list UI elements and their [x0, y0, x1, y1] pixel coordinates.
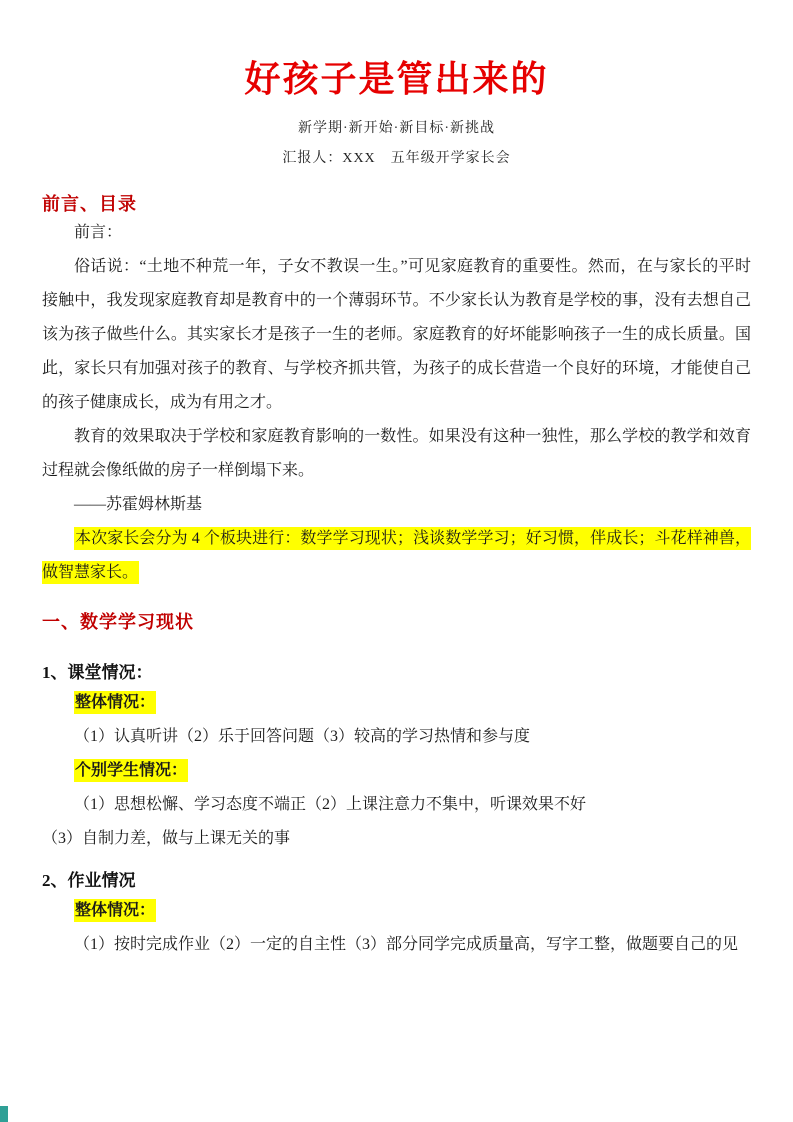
section-heading-preface: 前言、目录 [42, 192, 751, 216]
overall-label-highlight: 整体情况： [74, 691, 156, 714]
preface-paragraph-1: 俗话说：“土地不种荒一年，子女不教误一生。”可见家庭教育的重要性。然而，在与家长… [42, 250, 751, 420]
preface-paragraph-2: 教育的效果取决于学校和家庭教育影响的一数性。如果没有这种一独性，那么学校的教学和… [42, 420, 751, 488]
document-title: 好孩子是管出来的 [42, 52, 751, 106]
quote-attribution: ——苏霍姆林斯基 [42, 488, 751, 522]
agenda-paragraph: 本次家长会分为 4 个板块进行：数学学习现状；浅谈数学学习；好习惯，伴成长；斗花… [42, 522, 751, 590]
agenda-highlight: 本次家长会分为 4 个板块进行：数学学习现状；浅谈数学学习；好习惯，伴成长；斗花… [42, 527, 751, 584]
subheading-homework: 2、作业情况 [42, 868, 751, 894]
classroom-overall-label: 整体情况： [42, 686, 751, 720]
homework-overall-label: 整体情况： [42, 894, 751, 928]
reporter-line: 汇报人：XXX 五年级开学家长会 [42, 148, 751, 170]
homework-overall-items: （1）按时完成作业（2）一定的自主性（3）部分同学完成质量高，写字工整，做题要自… [42, 928, 751, 962]
document-page: 好孩子是管出来的 新学期·新开始·新目标·新挑战 汇报人：XXX 五年级开学家长… [0, 0, 793, 1122]
page-corner-marker [0, 1106, 8, 1122]
classroom-individual-line1: （1）思想松懈、学习态度不端正（2）上课注意力不集中，听课效果不好 [42, 788, 751, 822]
classroom-individual-line2: （3）自制力差，做与上课无关的事 [42, 822, 751, 856]
classroom-individual-label: 个别学生情况： [42, 754, 751, 788]
preface-label: 前言： [42, 216, 751, 250]
homework-label-highlight: 整体情况： [74, 899, 156, 922]
document-subtitle: 新学期·新开始·新目标·新挑战 [42, 118, 751, 140]
classroom-overall-items: （1）认真听讲（2）乐于回答问题（3）较高的学习热情和参与度 [42, 720, 751, 754]
individual-label-highlight: 个别学生情况： [74, 759, 188, 782]
section-heading-math-status: 一、数学学习现状 [42, 610, 751, 634]
subheading-classroom: 1、课堂情况： [42, 660, 751, 686]
